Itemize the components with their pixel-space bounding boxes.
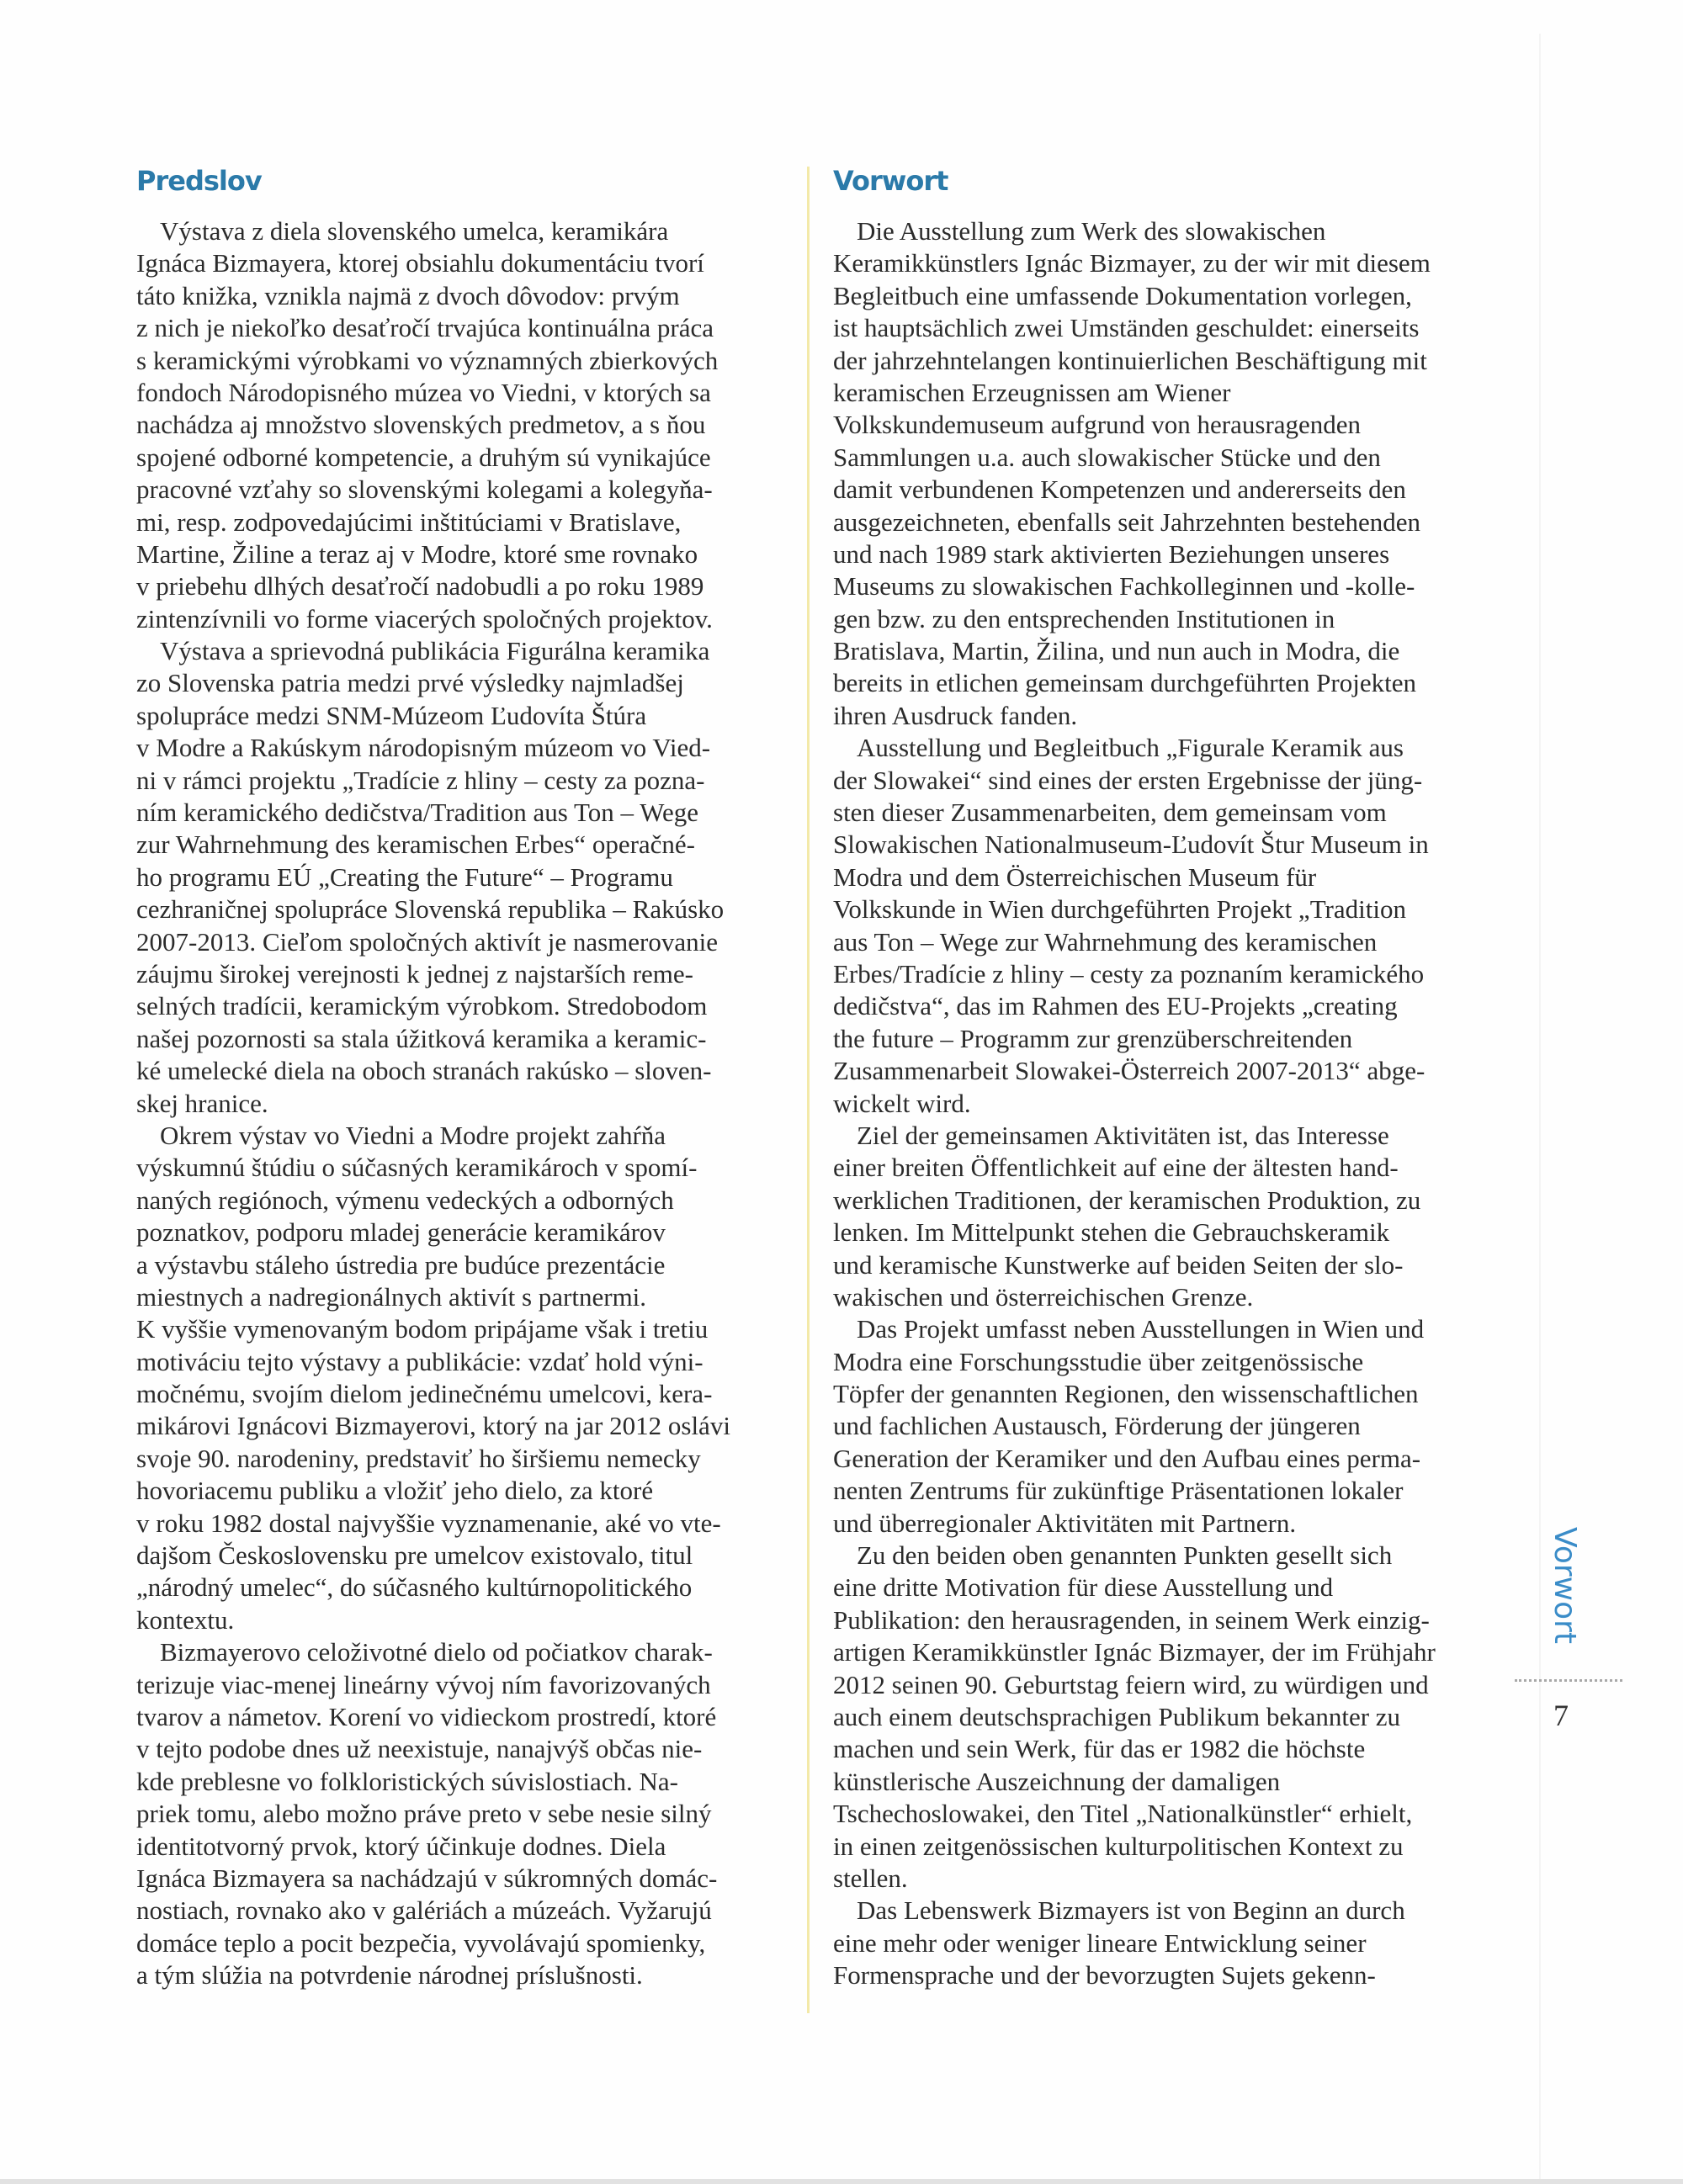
text-line: Okrem výstav vo Viedni a Modre projekt z…	[136, 1120, 788, 1152]
text-line: und fachlichen Austausch, Förderung der …	[833, 1410, 1489, 1442]
page-number: 7	[1553, 1698, 1569, 1733]
text-line: Publikation: den herausragenden, in sein…	[833, 1604, 1489, 1636]
text-line: ho programu EÚ „Creating the Future“ – P…	[136, 861, 788, 893]
section-side-label: Vorwort	[1548, 1527, 1582, 1644]
text-line: skej hranice.	[136, 1088, 788, 1120]
text-line: 2012 seinen 90. Geburtstag feiern wird, …	[833, 1669, 1489, 1701]
text-line: výskumnú štúdiu o súčasných keramikároch…	[136, 1152, 788, 1184]
text-line: kde preblesne vo folkloristických súvisl…	[136, 1766, 788, 1798]
text-line: der Slowakei“ sind eines der ersten Erge…	[833, 765, 1489, 797]
text-line: v Modre a Rakúskym národopisným múzeom v…	[136, 732, 788, 764]
text-line: z nich je niekoľko desaťročí trvajúca ko…	[136, 312, 788, 344]
text-line: naných regiónoch, výmenu vedeckých a odb…	[136, 1185, 788, 1217]
text-line: Modra eine Forschungsstudie über zeitgen…	[833, 1346, 1489, 1378]
text-line: močnému, svojím dielom jedinečnému umelc…	[136, 1378, 788, 1410]
column-divider	[807, 167, 810, 2013]
text-line: nostiach, rovnako ako v galériách a múze…	[136, 1895, 788, 1927]
text-line: Bratislava, Martin, Žilina, und nun auch…	[833, 635, 1489, 667]
text-line: Zu den beiden oben genannten Punkten ges…	[833, 1540, 1489, 1572]
text-line: svoje 90. narodeniny, predstaviť ho širš…	[136, 1443, 788, 1475]
text-line: nenten Zentrums für zukünftige Präsentat…	[833, 1475, 1489, 1507]
text-line: mi, resp. zodpovedajúcimi inštitúciami v…	[136, 506, 788, 538]
text-line: K vyššie vymenovaným bodom pripájame vša…	[136, 1313, 788, 1345]
text-line: wakischen und österreichischen Grenze.	[833, 1281, 1489, 1313]
text-line: und keramische Kunstwerke auf beiden Sei…	[833, 1249, 1489, 1281]
text-line: damit verbundenen Kompetenzen und andere…	[833, 474, 1489, 506]
text-line: Begleitbuch eine umfassende Dokumentatio…	[833, 280, 1489, 312]
text-line: der jahrzehntelangen kontinuierlichen Be…	[833, 345, 1489, 377]
text-line: Töpfer der genannten Regionen, den wisse…	[833, 1378, 1489, 1410]
text-line: mikárovi Ignácovi Bizmayerovi, ktorý na …	[136, 1410, 788, 1442]
text-line: motiváciu tejto výstavy a publikácie: vz…	[136, 1346, 788, 1378]
text-line: keramischen Erzeugnissen am Wiener	[833, 377, 1489, 409]
text-line: und überregionaler Aktivitäten mit Partn…	[833, 1508, 1489, 1540]
text-line: Výstava a sprievodná publikácia Figuráln…	[136, 635, 788, 667]
text-line: poznatkov, podporu mladej generácie kera…	[136, 1217, 788, 1248]
text-line: ním keramického dedičstva/Tradition aus …	[136, 797, 788, 829]
text-line: spolupráce medzi SNM-Múzeom Ľudovíta Štú…	[136, 700, 788, 732]
column-german: Die Ausstellung zum Werk des slowakische…	[833, 215, 1489, 1991]
text-line: a tým slúžia na potvrdenie národnej prís…	[136, 1959, 788, 1991]
text-line: našej pozornosti sa stala úžitková keram…	[136, 1023, 788, 1055]
column-slovak: Výstava z diela slovenského umelca, kera…	[136, 215, 788, 1991]
text-line: ni v rámci projektu „Tradície z hliny – …	[136, 765, 788, 797]
text-line: Ignáca Bizmayera sa nachádzajú v súkromn…	[136, 1863, 788, 1895]
text-line: a výstavbu stáleho ústredia pre budúce p…	[136, 1249, 788, 1281]
text-line: bereits in etlichen gemeinsam durchgefüh…	[833, 667, 1489, 699]
text-line: künstlerische Auszeichnung der damaligen	[833, 1766, 1489, 1798]
text-line: spojené odborné kompetencie, a druhým sú…	[136, 442, 788, 474]
text-line: werklichen Traditionen, der keramischen …	[833, 1185, 1489, 1217]
text-line: und nach 1989 stark aktivierten Beziehun…	[833, 538, 1489, 570]
text-line: Ignáca Bizmayera, ktorej obsiahlu dokume…	[136, 247, 788, 279]
text-line: pracovné vzťahy so slovenskými kolegami …	[136, 474, 788, 506]
text-line: machen und sein Werk, für das er 1982 di…	[833, 1733, 1489, 1765]
text-line: Sammlungen u.a. auch slowakischer Stücke…	[833, 442, 1489, 474]
text-line: domáce teplo a pocit bezpečia, vyvolávaj…	[136, 1927, 788, 1959]
text-line: ihren Ausdruck fanden.	[833, 700, 1489, 732]
text-line: Erbes/Tradície z hliny – cesty za poznan…	[833, 958, 1489, 990]
text-line: wickelt wird.	[833, 1088, 1489, 1120]
text-line: v priebehu dlhých desaťročí nadobudli a …	[136, 570, 788, 602]
text-line: terizuje viac-menej lineárny vývoj ním f…	[136, 1669, 788, 1701]
heading-predslov: Predslov	[136, 165, 262, 197]
page-bottom-edge	[0, 2179, 1683, 2184]
text-line: Slowakischen Nationalmuseum-Ľudovít Štur…	[833, 829, 1489, 861]
text-line: Bizmayerovo celoživotné dielo od počiatk…	[136, 1636, 788, 1668]
text-line: dedičstva“, das im Rahmen des EU-Projekt…	[833, 990, 1489, 1022]
text-line: Generation der Keramiker und den Aufbau …	[833, 1443, 1489, 1475]
text-line: priek tomu, alebo možno práve preto v se…	[136, 1798, 788, 1830]
text-line: ausgezeichneten, ebenfalls seit Jahrzehn…	[833, 506, 1489, 538]
dotted-rule	[1515, 1679, 1622, 1682]
text-line: the future – Programm zur grenzüberschre…	[833, 1023, 1489, 1055]
text-line: hovoriacemu publiku a vložiť jeho dielo,…	[136, 1475, 788, 1507]
text-line: ist hauptsächlich zwei Umständen geschul…	[833, 312, 1489, 344]
text-line: Volkskundemuseum aufgrund von herausrage…	[833, 409, 1489, 441]
text-line: „národný umelec“, do súčasného kultúrnop…	[136, 1572, 788, 1604]
text-line: fondoch Národopisného múzea vo Viedni, v…	[136, 377, 788, 409]
text-line: Das Lebenswerk Bizmayers ist von Beginn …	[833, 1895, 1489, 1927]
text-line: zintenzívnili vo forme viacerých spoločn…	[136, 603, 788, 635]
text-line: Ausstellung und Begleitbuch „Figurale Ke…	[833, 732, 1489, 764]
text-line: s keramickými výrobkami vo významných zb…	[136, 345, 788, 377]
margin-rule	[1539, 34, 1541, 2179]
text-line: auch einem deutschsprachigen Publikum be…	[833, 1701, 1489, 1733]
text-line: selných tradícii, keramickým výrobkom. S…	[136, 990, 788, 1022]
text-line: lenken. Im Mittelpunkt stehen die Gebrau…	[833, 1217, 1489, 1248]
text-line: aus Ton – Wege zur Wahrnehmung des keram…	[833, 926, 1489, 958]
text-line: tvarov a námetov. Korení vo vidieckom pr…	[136, 1701, 788, 1733]
text-line: Martine, Žiline a teraz aj v Modre, ktor…	[136, 538, 788, 570]
text-line: Výstava z diela slovenského umelca, kera…	[136, 215, 788, 247]
text-line: Die Ausstellung zum Werk des slowakische…	[833, 215, 1489, 247]
text-line: gen bzw. zu den entsprechenden Instituti…	[833, 603, 1489, 635]
text-line: kontextu.	[136, 1604, 788, 1636]
book-page: Predslov Výstava z diela slovenského ume…	[0, 0, 1683, 2184]
text-line: stellen.	[833, 1863, 1489, 1895]
text-line: táto knižka, vznikla najmä z dvoch dôvod…	[136, 280, 788, 312]
text-line: v roku 1982 dostal najvyššie vyznamenani…	[136, 1508, 788, 1540]
text-line: zur Wahrnehmung des keramischen Erbes“ o…	[136, 829, 788, 861]
text-line: eine dritte Motivation für diese Ausstel…	[833, 1572, 1489, 1604]
text-line: sten dieser Zusammenarbeiten, dem gemein…	[833, 797, 1489, 829]
text-line: Das Projekt umfasst neben Ausstellungen …	[833, 1313, 1489, 1345]
heading-vorwort: Vorwort	[833, 165, 948, 197]
text-line: in einen zeitgenössischen kulturpolitisc…	[833, 1831, 1489, 1863]
text-line: Zusammenarbeit Slowakei-Österreich 2007-…	[833, 1055, 1489, 1087]
text-line: ké umelecké diela na oboch stranách rakú…	[136, 1055, 788, 1087]
text-line: 2007-2013. Cieľom spoločných aktivít je …	[136, 926, 788, 958]
text-line: Formensprache und der bevorzugten Sujets…	[833, 1959, 1489, 1991]
text-line: miestnych a nadregionálnych aktivít s pa…	[136, 1281, 788, 1313]
text-line: v tejto podobe dnes už neexistuje, nanaj…	[136, 1733, 788, 1765]
text-line: nachádza aj množstvo slovenských predmet…	[136, 409, 788, 441]
text-line: Volkskunde in Wien durchgeführten Projek…	[833, 893, 1489, 925]
text-line: Tschechoslowakei, den Titel „Nationalkün…	[833, 1798, 1489, 1830]
text-line: záujmu širokej verejnosti k jednej z naj…	[136, 958, 788, 990]
text-line: artigen Keramikkünstler Ignác Bizmayer, …	[833, 1636, 1489, 1668]
text-line: cezhraničnej spolupráce Slovenská republ…	[136, 893, 788, 925]
text-line: Modra und dem Österreichischen Museum fü…	[833, 861, 1489, 893]
text-line: eine mehr oder weniger lineare Entwicklu…	[833, 1927, 1489, 1959]
text-line: identitotvorný prvok, ktorý účinkuje dod…	[136, 1831, 788, 1863]
text-line: Ziel der gemeinsamen Aktivitäten ist, da…	[833, 1120, 1489, 1152]
text-line: Keramikkünstlers Ignác Bizmayer, zu der …	[833, 247, 1489, 279]
text-line: zo Slovenska patria medzi prvé výsledky …	[136, 667, 788, 699]
text-line: einer breiten Öffentlichkeit auf eine de…	[833, 1152, 1489, 1184]
text-line: dajšom Československu pre umelcov existo…	[136, 1540, 788, 1572]
text-line: Museums zu slowakischen Fachkolleginnen …	[833, 570, 1489, 602]
